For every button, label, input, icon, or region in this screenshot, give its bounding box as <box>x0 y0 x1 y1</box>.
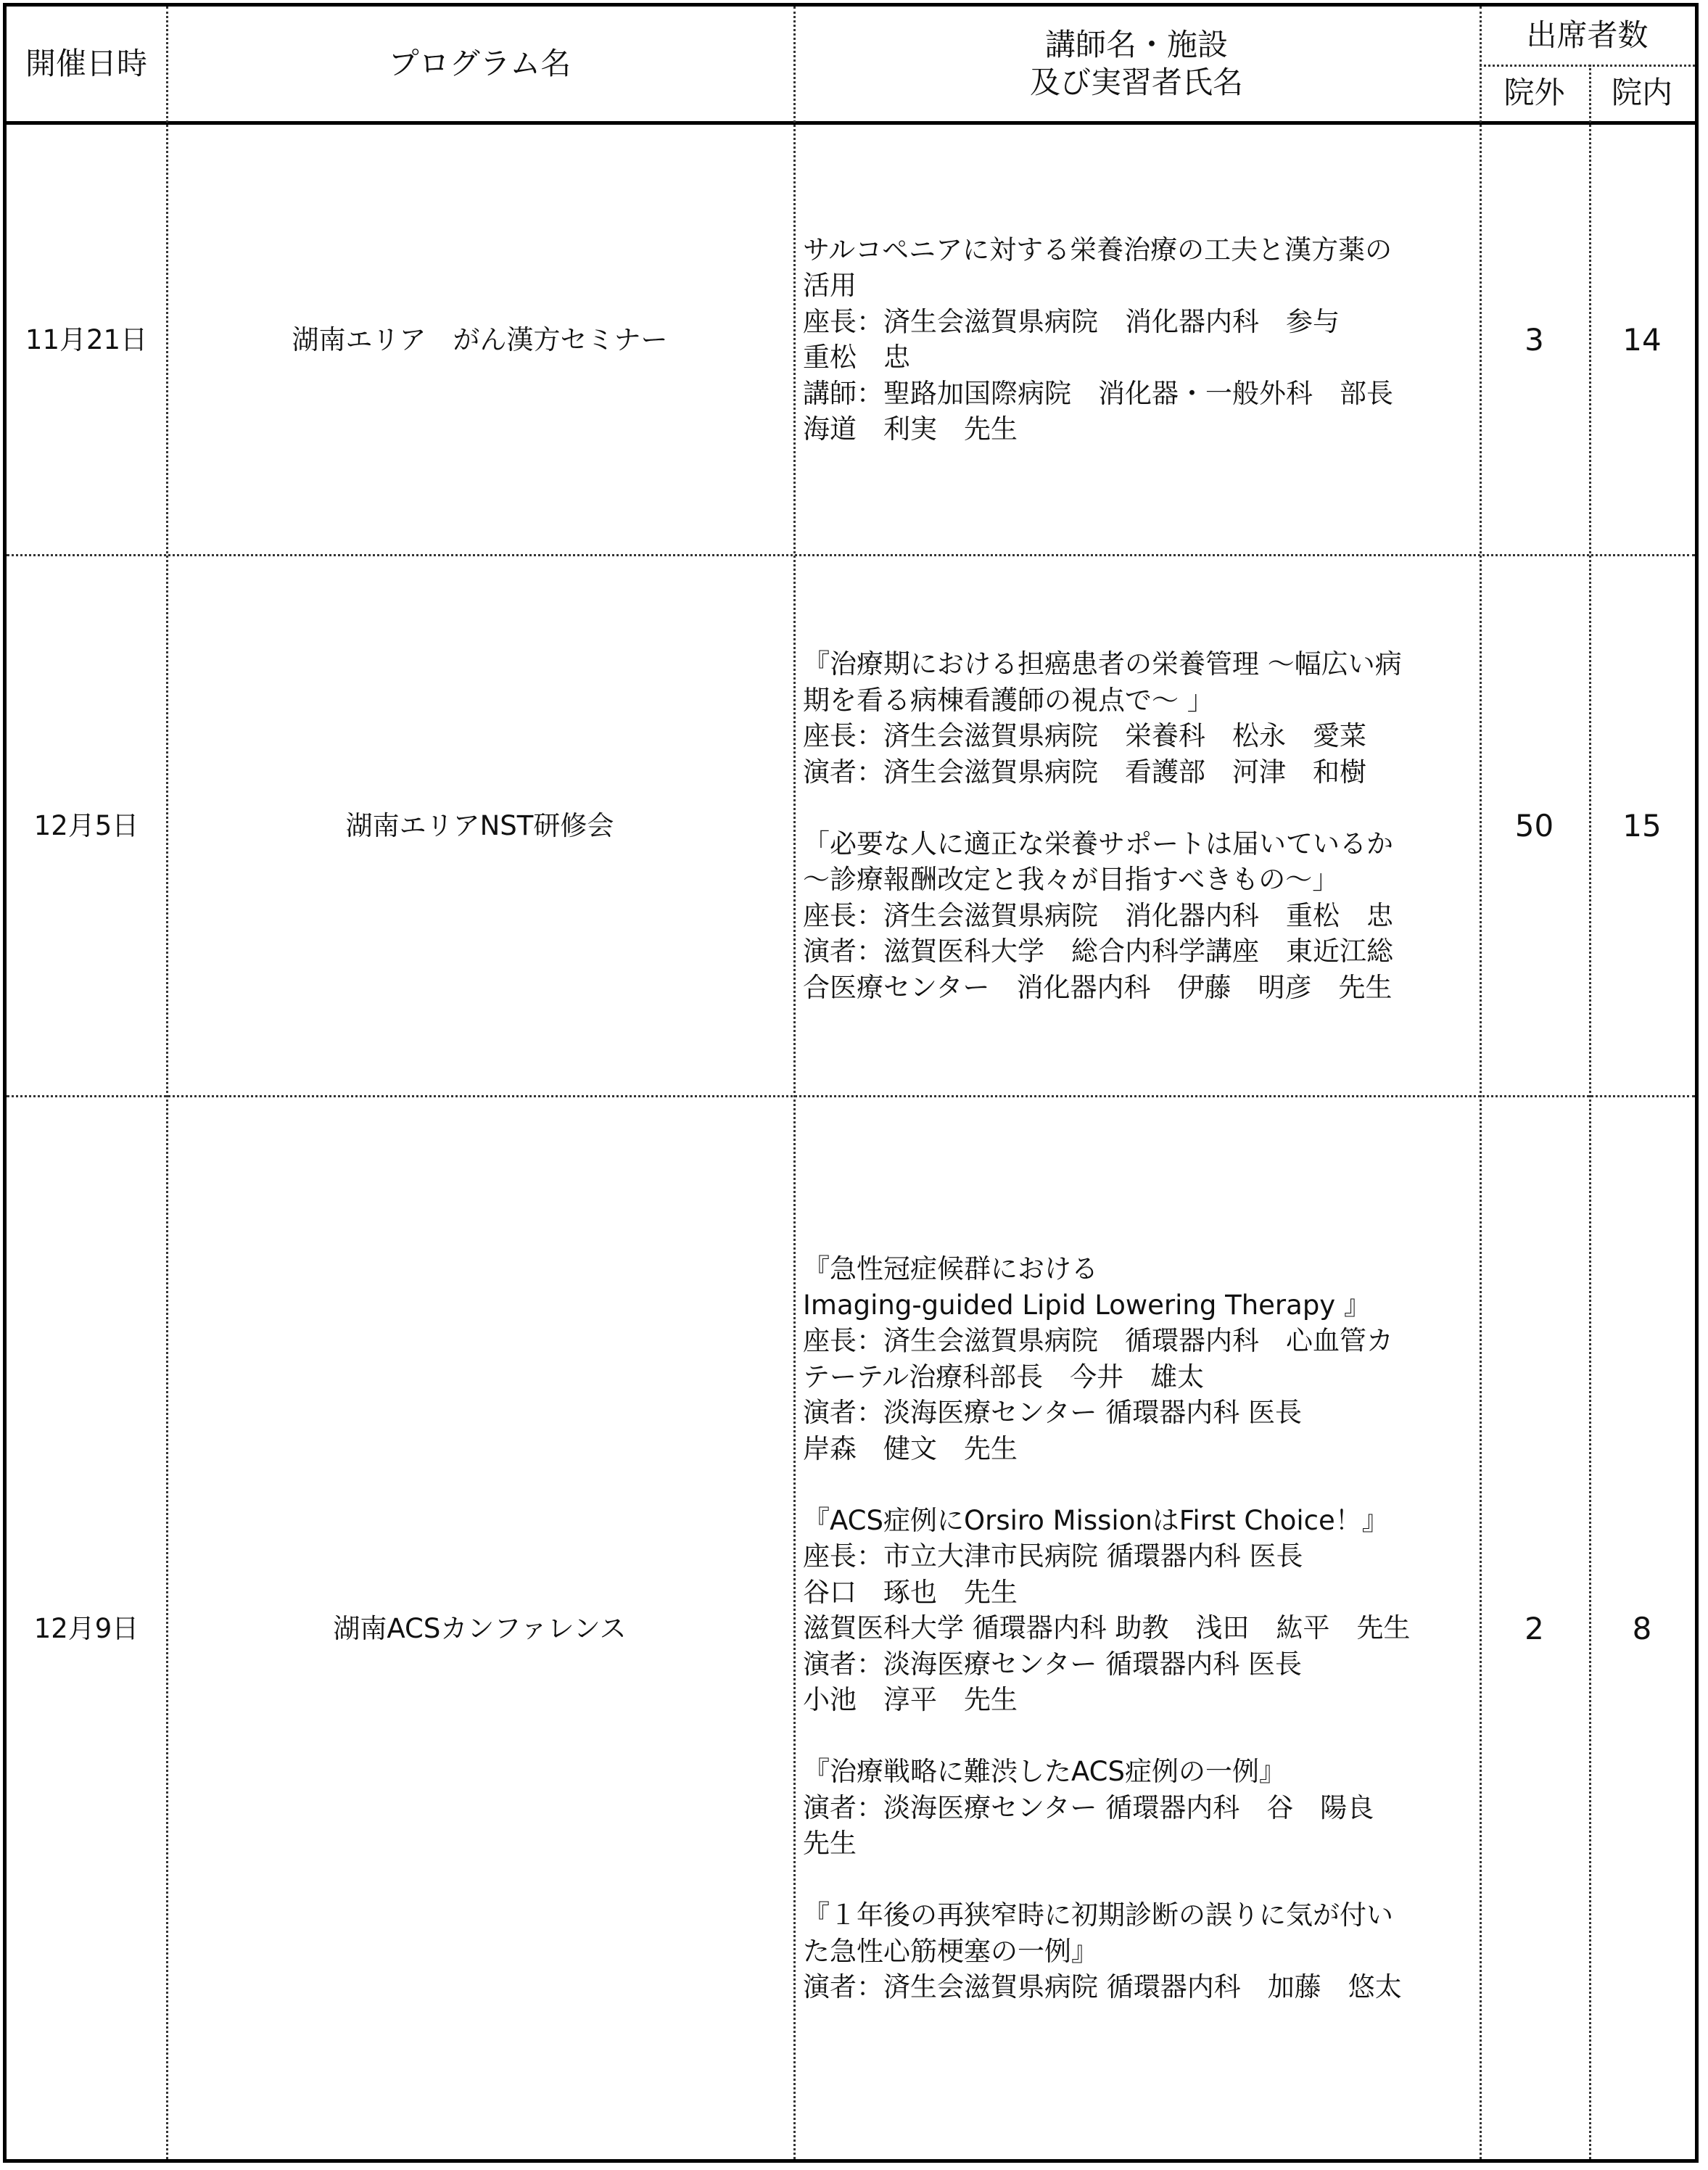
speaker-line: 『治療期における担癌患者の栄養管理 ～幅広い病 <box>803 646 1480 682</box>
speaker-line: 滋賀医科大学 循環器内科 助教 浅田 紘平 先生 <box>803 1610 1480 1646</box>
speaker-line: た急性心筋梗塞の一例』 <box>803 1934 1480 1970</box>
header-speaker-label-line1: 講師名・施設 <box>1045 26 1228 64</box>
speaker-line: 座長：済生会滋賀県病院 消化器内科 参与 <box>803 304 1480 340</box>
program-text: 湖南エリアNST研修会 <box>346 808 614 843</box>
speaker-line: テーテル治療科部長 今井 雄太 <box>803 1359 1480 1395</box>
speaker-line: 小池 淳平 先生 <box>803 1682 1480 1718</box>
speaker-line: 座長：市立大津市民病院 循環器内科 医長 <box>803 1538 1480 1575</box>
speaker-line: 『急性冠症候群における <box>803 1251 1480 1287</box>
speaker-line: 「必要な人に適正な栄養サポートは届いているか <box>803 826 1480 862</box>
header-inside: 院内 <box>1589 65 1695 121</box>
speaker-line: ～診療報酬改定と我々が目指すべきもの～」 <box>803 862 1480 898</box>
speaker-line: 演者：済生会滋賀県病院 循環器内科 加藤 悠太 <box>803 1969 1480 2005</box>
header-speaker: 講師名・施設 及び実習者氏名 <box>793 7 1480 121</box>
row-date: 11月21日 <box>7 125 166 554</box>
speaker-line: 海道 利実 先生 <box>803 411 1480 447</box>
header-attendance-label: 出席者数 <box>1526 17 1648 54</box>
header-attendance: 出席者数 <box>1480 7 1695 65</box>
row-date: 12月9日 <box>7 1097 166 2159</box>
date-text: 12月9日 <box>34 1611 139 1646</box>
speaker-line: 演者：淡海医療センター 循環器内科 医長 <box>803 1646 1480 1683</box>
header-date-label: 開催日時 <box>25 45 147 83</box>
row-program: 湖南エリアNST研修会 <box>166 556 793 1095</box>
row-speakers: 『急性冠症候群における Imaging-guided Lipid Lowerin… <box>796 1097 1480 2159</box>
speaker-line: 座長：済生会滋賀県病院 栄養科 松永 愛菜 <box>803 718 1480 754</box>
attendance-subdivider <box>1480 65 1695 67</box>
row-program: 湖南エリア がん漢方セミナー <box>166 125 793 554</box>
row-inside-count: 14 <box>1589 125 1695 554</box>
row-outside-count: 50 <box>1480 556 1589 1095</box>
speaker-line: 重松 忠 <box>803 339 1480 376</box>
row-outside-count: 3 <box>1480 125 1589 554</box>
outside-count: 2 <box>1525 1611 1544 1646</box>
row-speakers: サルコペニアに対する栄養治療の工夫と漢方薬の 活用 座長：済生会滋賀県病院 消化… <box>796 125 1480 554</box>
date-text: 12月5日 <box>34 808 139 843</box>
outside-count: 3 <box>1525 322 1544 358</box>
outside-count: 50 <box>1515 808 1554 843</box>
speaker-line: 期を看る病棟看護師の視点で～ 」 <box>803 682 1480 719</box>
speaker-line: 『ACS症例にOrsiro MissionはFirst Choice！』 <box>803 1503 1480 1539</box>
row-inside-count: 15 <box>1589 556 1695 1095</box>
inside-count: 14 <box>1622 322 1661 358</box>
speaker-line: 演者：淡海医療センター 循環器内科 医長 <box>803 1395 1480 1431</box>
speaker-line: 『１年後の再狭窄時に初期診断の誤りに気が付い <box>803 1897 1480 1934</box>
speaker-line: 岸森 健文 先生 <box>803 1431 1480 1467</box>
row-outside-count: 2 <box>1480 1097 1589 2159</box>
date-text: 11月21日 <box>25 322 147 358</box>
speaker-line: 座長：済生会滋賀県病院 消化器内科 重松 忠 <box>803 898 1480 934</box>
row-inside-count: 8 <box>1589 1097 1695 2159</box>
block-spacer <box>803 790 1480 826</box>
row-date: 12月5日 <box>7 556 166 1095</box>
block-spacer <box>803 1466 1480 1503</box>
speaker-line: 合医療センター 消化器内科 伊藤 明彦 先生 <box>803 970 1480 1006</box>
speaker-line: Imaging-guided Lipid Lowering Therapy 』 <box>803 1287 1480 1324</box>
speaker-line: 演者：済生会滋賀県病院 看護部 河津 和樹 <box>803 754 1480 791</box>
program-text: 湖南エリア がん漢方セミナー <box>292 322 668 358</box>
header-inside-label: 院内 <box>1612 74 1672 112</box>
speaker-line: 谷口 琢也 先生 <box>803 1575 1480 1611</box>
speaker-line: 演者：滋賀医科大学 総合内科学講座 東近江総 <box>803 933 1480 970</box>
speaker-line: 活用 <box>803 268 1480 304</box>
header-program: プログラム名 <box>166 7 793 121</box>
speaker-line: 講師：聖路加国際病院 消化器・一般外科 部長 <box>803 376 1480 412</box>
header-program-label: プログラム名 <box>389 45 572 83</box>
program-text: 湖南ACSカンファレンス <box>333 1611 626 1646</box>
header-date: 開催日時 <box>7 7 166 121</box>
speaker-line: 先生 <box>803 1825 1480 1862</box>
header-outside: 院外 <box>1480 65 1589 121</box>
speaker-line: 『治療戦略に難渋したACS症例の一例』 <box>803 1754 1480 1790</box>
speaker-line: 演者：淡海医療センター 循環器内科 谷 陽良 <box>803 1790 1480 1826</box>
header-speaker-label-line2: 及び実習者氏名 <box>1030 64 1243 102</box>
block-spacer <box>803 1862 1480 1898</box>
program-attendance-table: 開催日時 プログラム名 講師名・施設 及び実習者氏名 出席者数 院外 院内 11… <box>3 3 1699 2163</box>
speaker-line: 座長：済生会滋賀県病院 循環器内科 心血管カ <box>803 1323 1480 1359</box>
inside-count: 15 <box>1622 808 1661 843</box>
block-spacer <box>803 1718 1480 1754</box>
inside-count: 8 <box>1633 1611 1652 1646</box>
header-outside-label: 院外 <box>1503 74 1564 112</box>
row-program: 湖南ACSカンファレンス <box>166 1097 793 2159</box>
row-speakers: 『治療期における担癌患者の栄養管理 ～幅広い病 期を看る病棟看護師の視点で～ 」… <box>796 556 1480 1095</box>
speaker-line: サルコペニアに対する栄養治療の工夫と漢方薬の <box>803 232 1480 268</box>
